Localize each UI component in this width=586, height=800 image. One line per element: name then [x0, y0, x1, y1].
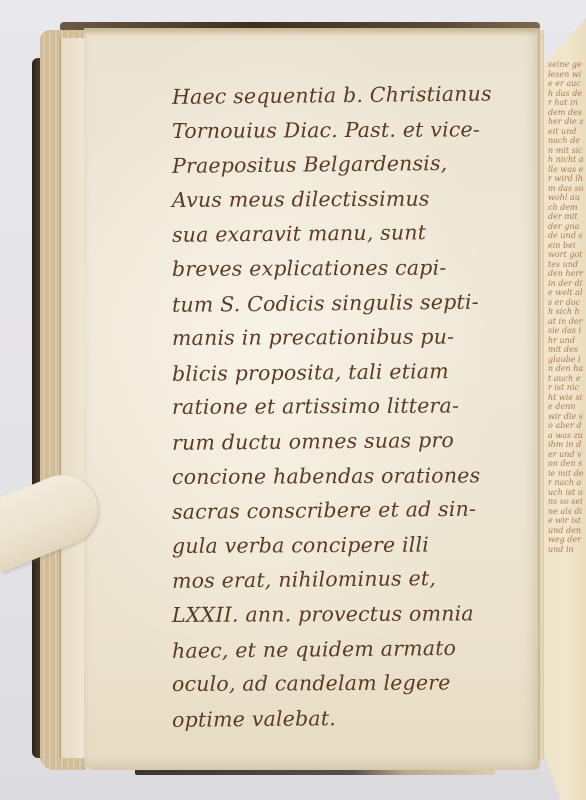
page-stack-inner [60, 38, 85, 758]
manuscript-photo: seine gelesen wie er auch das der hat in… [0, 0, 586, 800]
text-line: sua exaravit manu, sunt [172, 214, 532, 252]
text-line: Avus meus dilectissimus [172, 181, 532, 217]
text-line: concione habendas orationes [172, 458, 532, 494]
text-line: tum S. Codicis singulis septi- [172, 284, 532, 322]
text-line: Praepositus Belgardensis, [172, 145, 532, 183]
text-line: optime valebat. [172, 699, 532, 737]
page-top-shadow [84, 28, 540, 36]
text-line: manis in precationibus pu- [172, 319, 532, 355]
text-line: gula verba concipere illi [172, 527, 532, 563]
text-line: ratione et artissimo littera- [172, 388, 532, 424]
text-line: mos erat, nihilominus et, [172, 560, 532, 598]
text-line: blicis proposita, tali etiam [172, 353, 532, 391]
text-line: haec, et ne quidem armato [172, 630, 532, 668]
text-line: LXXII. ann. provectus omnia [172, 596, 532, 632]
text-line: Tornouius Diac. Past. et vice- [172, 112, 532, 148]
text-line: Haec sequentia b. Christianus [172, 76, 532, 114]
text-line: sacras conscribere et ad sin- [172, 491, 532, 529]
text-line: rum ductu omnes suas pro [172, 422, 532, 460]
facing-page-text: seine gelesen wie er auch das der hat in… [548, 60, 584, 760]
handwritten-text: Haec sequentia b. Christianus Tornouius … [172, 78, 532, 735]
text-line: breves explicationes capi- [172, 250, 532, 286]
book-gutter [538, 30, 544, 760]
text-line: oculo, ad candelam legere [172, 665, 532, 701]
